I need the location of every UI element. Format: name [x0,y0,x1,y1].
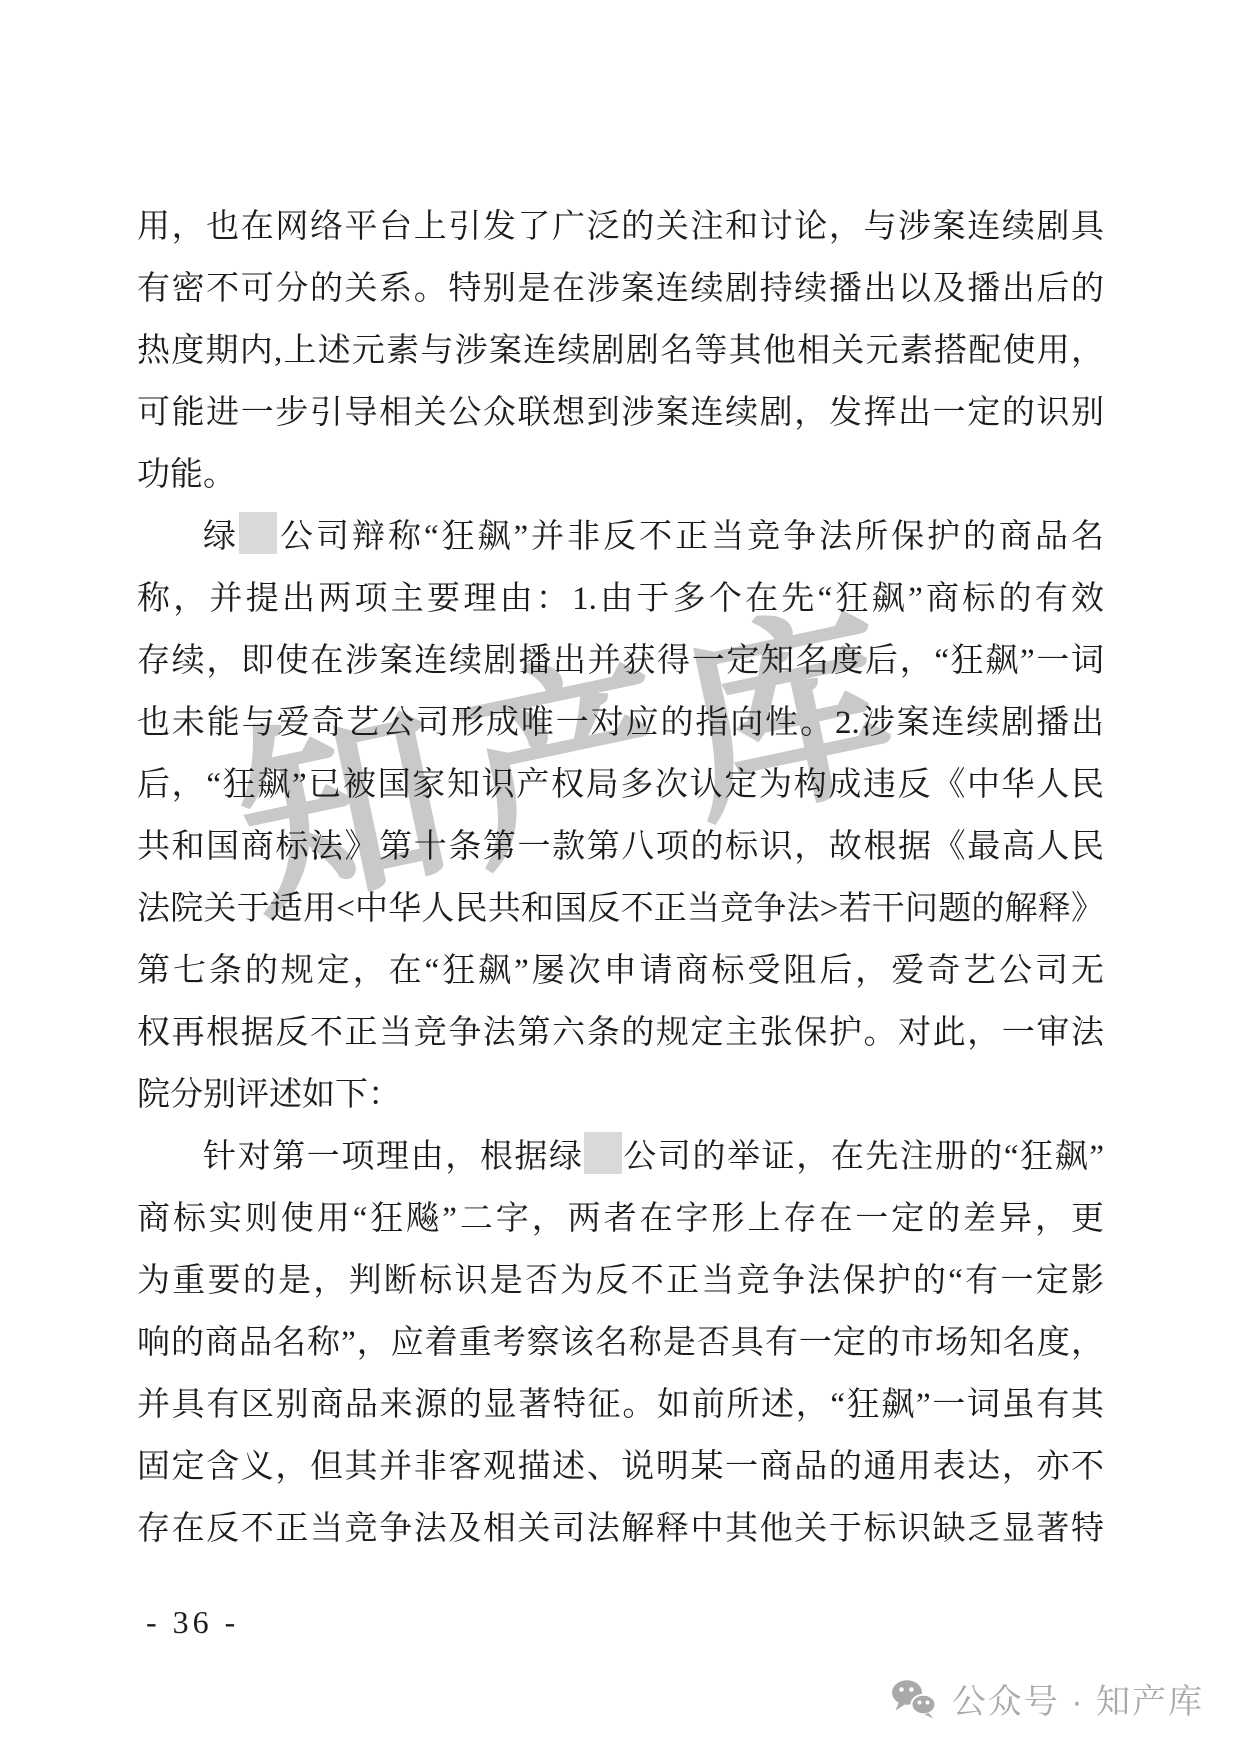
text-segment: 热度期内,上述元素与涉案连续剧剧名等其他相关元素搭配使用， [137,333,1104,369]
document-body: 用，也在网络平台上引发了广泛的关注和讨论，与涉案连续剧具有密不可分的关系。特别是… [137,196,1104,1560]
text-line: 有密不可分的关系。特别是在涉案连续剧持续播出以及播出后的 [137,258,1104,320]
text-line: 功能。 [137,444,1104,506]
text-line: 固定含义，但其并非客观描述、说明某一商品的通用表达，亦不 [137,1436,1104,1498]
text-segment: 存在反不正当竞争法及相关司法解释中其他关于标识缺乏显著特 [137,1511,1104,1547]
text-segment: 商标实则使用“狂飚”二字，两者在字形上存在一定的差异，更 [137,1201,1104,1237]
text-segment: 也未能与爱奇艺公司形成唯一对应的指向性。2.涉案连续剧播出 [137,705,1104,741]
text-line: 共和国商标法》第十条第一款第八项的标识，故根据《最高人民 [137,816,1104,878]
text-line: 院分别评述如下： [137,1064,1104,1126]
text-line: 用，也在网络平台上引发了广泛的关注和讨论，与涉案连续剧具 [137,196,1104,258]
text-line: 热度期内,上述元素与涉案连续剧剧名等其他相关元素搭配使用， [137,320,1104,382]
text-line: 响的商品名称”，应着重考察该名称是否具有一定的市场知名度， [137,1312,1104,1374]
text-line: 也未能与爱奇艺公司形成唯一对应的指向性。2.涉案连续剧播出 [137,692,1104,754]
text-segment: 公司的举证，在先注册的“狂飙” [622,1139,1104,1175]
text-line: 权再根据反不正当竞争法第六条的规定主张保护。对此，一审法 [137,1002,1104,1064]
text-segment: 第七条的规定，在“狂飙”屡次申请商标受阻后，爱奇艺公司无 [137,953,1104,989]
text-segment: 功能。 [137,457,236,493]
text-segment: 共和国商标法》第十条第一款第八项的标识，故根据《最高人民 [137,829,1104,865]
text-line: 绿公司辩称“狂飙”并非反不正当竞争法所保护的商品名 [137,506,1104,568]
text-segment: 响的商品名称”，应着重考察该名称是否具有一定的市场知名度， [137,1325,1104,1361]
text-line: 第七条的规定，在“狂飙”屡次申请商标受阻后，爱奇艺公司无 [137,940,1104,1002]
text-line: 后，“狂飙”已被国家知识产权局多次认定为构成违反《中华人民 [137,754,1104,816]
text-line: 可能进一步引导相关公众联想到涉案连续剧，发挥出一定的识别 [137,382,1104,444]
footer: 公众号 · 知产库 [890,1674,1204,1723]
text-segment: 有密不可分的关系。特别是在涉案连续剧持续播出以及播出后的 [137,271,1104,307]
text-segment: 固定含义，但其并非客观描述、说明某一商品的通用表达，亦不 [137,1449,1104,1485]
text-segment: 并具有区别商品来源的显著特征。如前所述，“狂飙”一词虽有其 [137,1387,1104,1423]
text-segment: 称，并提出两项主要理由：1.由于多个在先“狂飙”商标的有效 [137,581,1104,617]
text-segment: 公司辩称“狂飙”并非反不正当竞争法所保护的商品名 [277,519,1104,555]
text-line: 并具有区别商品来源的显著特征。如前所述，“狂飙”一词虽有其 [137,1374,1104,1436]
text-segment: 用，也在网络平台上引发了广泛的关注和讨论，与涉案连续剧具 [137,209,1104,245]
text-segment: 为重要的是，判断标识是否为反不正当竞争法保护的“有一定影 [137,1263,1104,1299]
text-segment: 权再根据反不正当竞争法第六条的规定主张保护。对此，一审法 [137,1015,1104,1051]
text-segment: 绿 [203,519,239,555]
text-segment: 法院关于适用<中华人民共和国反不正当竞争法>若干问题的解释》 [137,891,1104,927]
text-segment: 院分别评述如下： [137,1077,401,1113]
text-segment: 可能进一步引导相关公众联想到涉案连续剧，发挥出一定的识别 [137,395,1104,431]
page-number: - 36 - [146,1604,239,1641]
text-segment: 存续，即使在涉案连续剧播出并获得一定知名度后，“狂飙”一词 [137,643,1104,679]
text-line: 存在反不正当竞争法及相关司法解释中其他关于标识缺乏显著特 [137,1498,1104,1560]
redaction-box [584,1132,622,1174]
text-line: 针对第一项理由，根据绿公司的举证，在先注册的“狂飙” [137,1126,1104,1188]
footer-text: 公众号 · 知产库 [952,1674,1204,1723]
text-line: 为重要的是，判断标识是否为反不正当竞争法保护的“有一定影 [137,1250,1104,1312]
document-page: 知产库 用，也在网络平台上引发了广泛的关注和讨论，与涉案连续剧具有密不可分的关系… [0,0,1240,1753]
text-segment: 针对第一项理由，根据绿 [203,1139,584,1175]
text-segment: 后，“狂飙”已被国家知识产权局多次认定为构成违反《中华人民 [137,767,1104,803]
redaction-box [239,512,277,554]
text-line: 存续，即使在涉案连续剧播出并获得一定知名度后，“狂飙”一词 [137,630,1104,692]
text-line: 法院关于适用<中华人民共和国反不正当竞争法>若干问题的解释》 [137,878,1104,940]
wechat-icon [890,1679,938,1719]
text-line: 称，并提出两项主要理由：1.由于多个在先“狂飙”商标的有效 [137,568,1104,630]
text-line: 商标实则使用“狂飚”二字，两者在字形上存在一定的差异，更 [137,1188,1104,1250]
